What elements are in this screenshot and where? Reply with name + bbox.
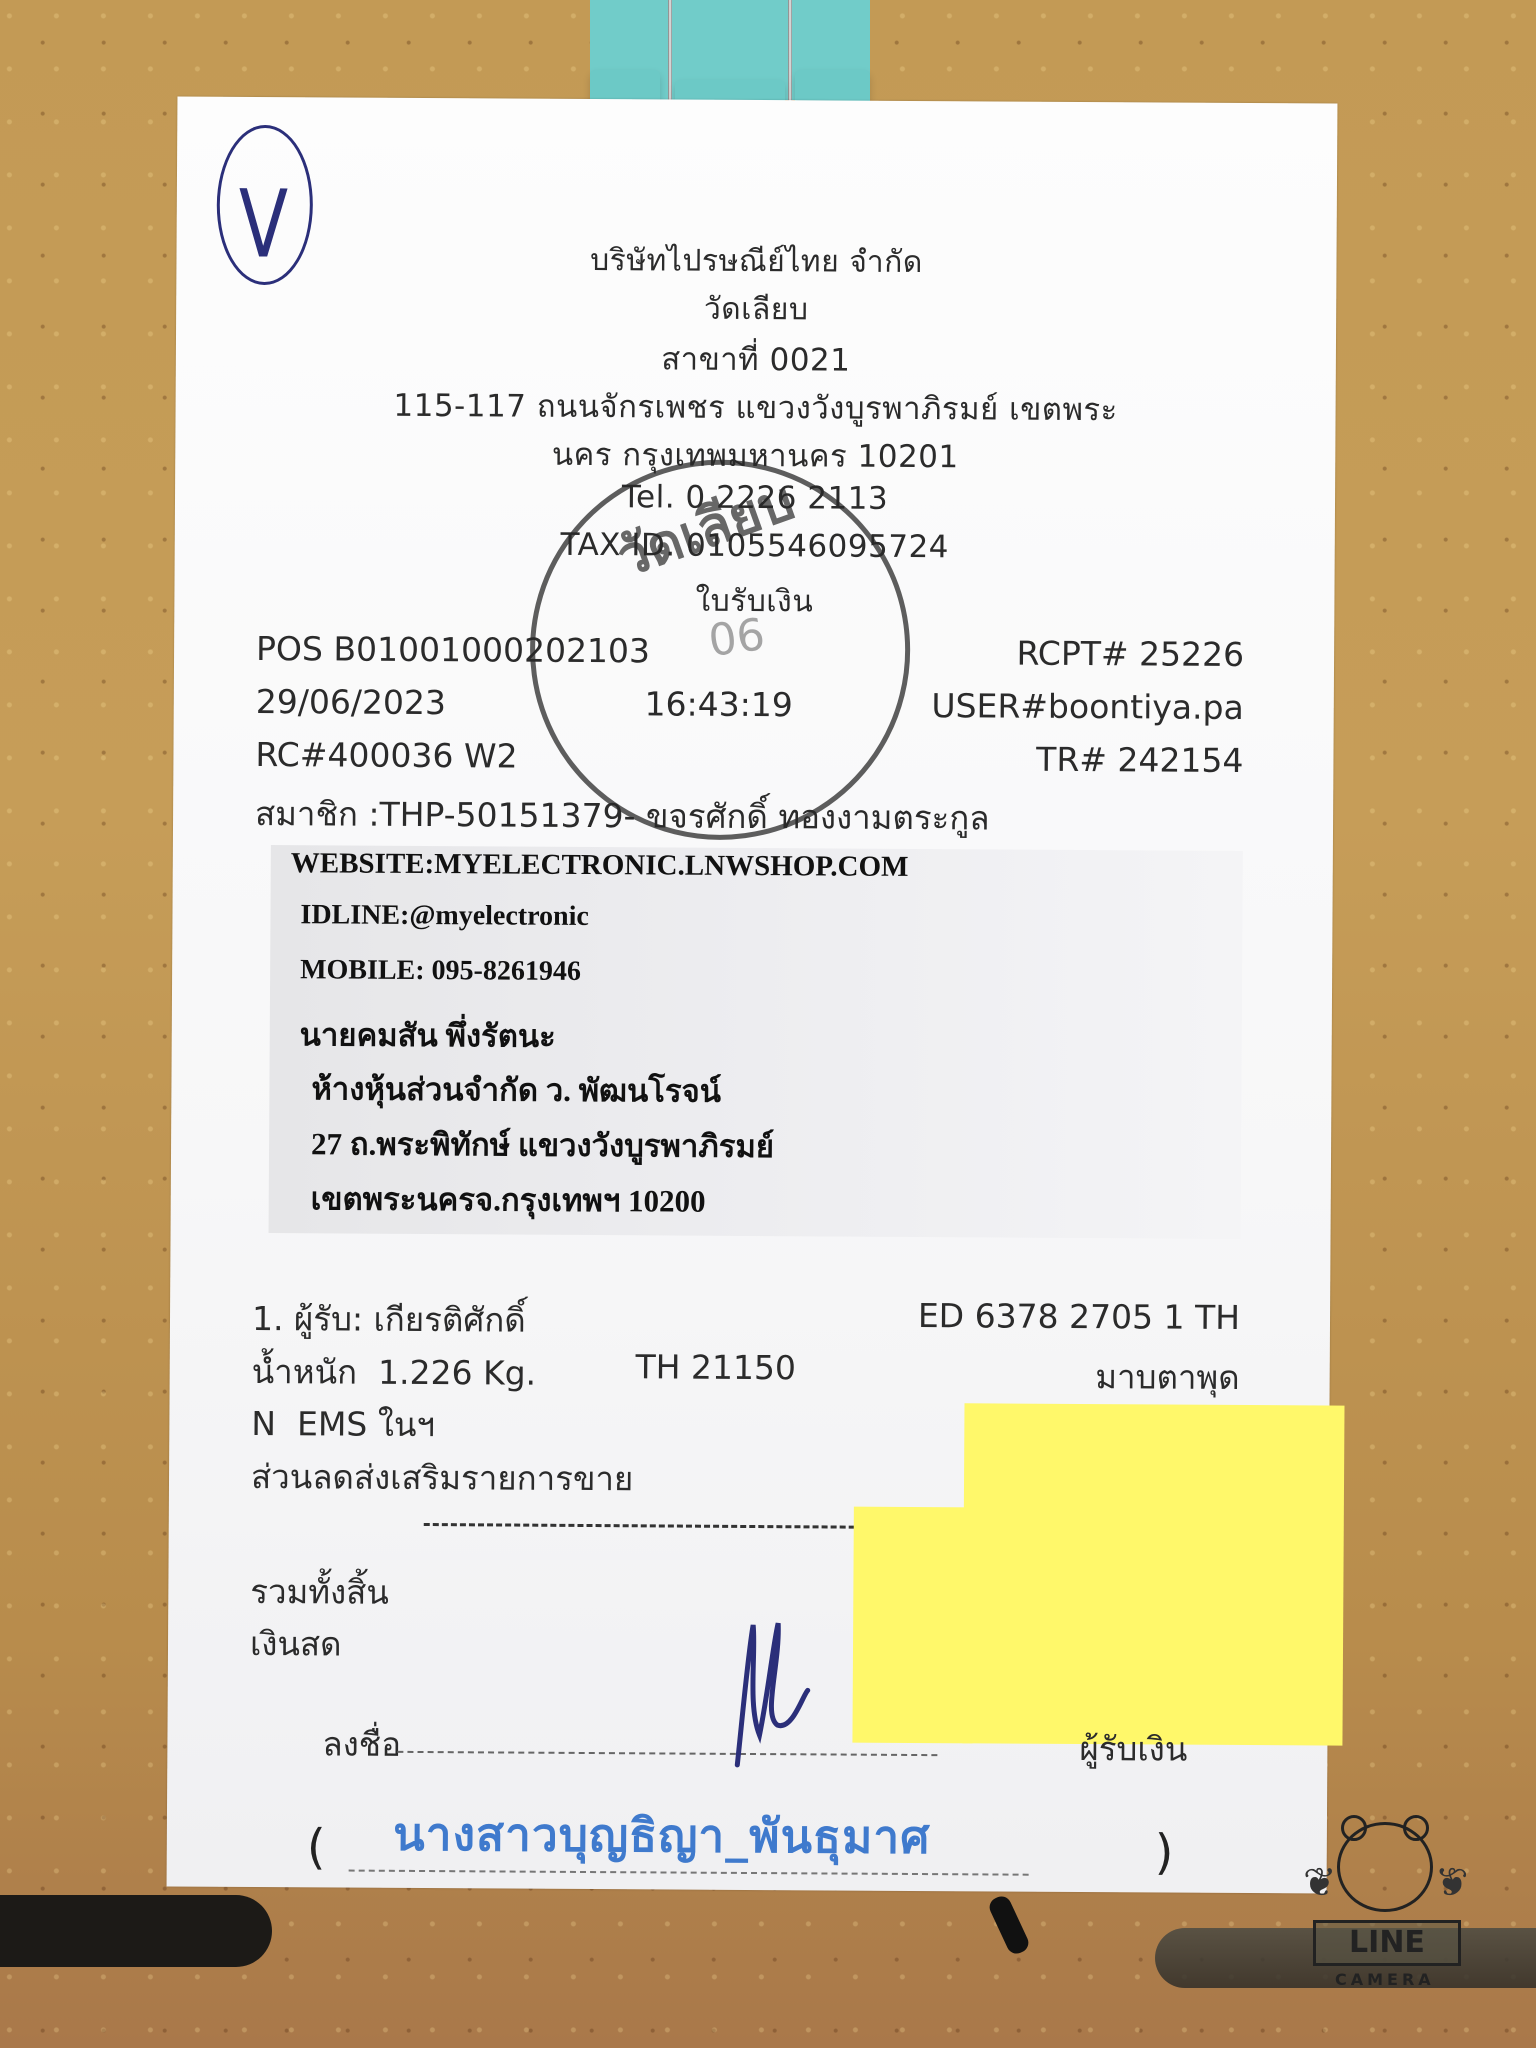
item-postcode: TH 21150 [635, 1347, 796, 1401]
close-parenthesis: ) [1155, 1824, 1174, 1880]
redaction-block [852, 1507, 973, 1744]
pen-left [0, 1895, 272, 1967]
handwritten-signature-icon [707, 1615, 828, 1776]
receipt-paper: V บริษัทไปรษณีย์ไทย จำกัด วัดเลียบ สาขาท… [167, 96, 1338, 1893]
total-label: รวมทั้งสิ้น [250, 1565, 389, 1619]
item-destination: มาบตาพุด [1095, 1350, 1240, 1404]
watermark-sub: CAMERA [1335, 1970, 1435, 1989]
redaction-block [962, 1403, 1344, 1745]
item-tracking-number: ED 6378 2705 1 TH [918, 1296, 1240, 1351]
item-weight: น้ำหนัก 1.226 Kg. [252, 1345, 537, 1400]
transaction-number: TR# 242154 [1036, 740, 1243, 780]
user-id: USER#boontiya.pa [931, 686, 1244, 727]
label-idline: IDLINE:@myelectronic [300, 899, 589, 933]
sign-label: ลงชื่อ [322, 1717, 401, 1770]
label-name: นายคมสัน พึ่งรัตนะ [300, 1009, 556, 1061]
item-row-recipient: 1. ผู้รับ: เกียรติศักดิ์ ED 6378 2705 1 … [252, 1292, 1240, 1351]
label-address-2: เขตพระนครจ.กรุงเทพฯ 10200 [311, 1173, 706, 1225]
receipt-date: 29/06/2023 [256, 682, 446, 722]
sender-label: WEBSITE:MYELECTRONIC.LNWSHOP.COM IDLINE:… [269, 845, 1243, 1239]
postmark-text: วัดเลียบ [605, 457, 806, 599]
laurel-icon: ❦ [1435, 1860, 1469, 1906]
watermark-brand: LINE [1313, 1920, 1461, 1966]
receipt-number: RCPT# 25226 [1016, 634, 1244, 674]
receiver-name-stamp: นางสาวบุญธิญา_พันธุมาศ [382, 1798, 942, 1874]
company-name: บริษัทไปรษณีย์ไทย จำกัด [176, 234, 1336, 288]
branch-name: วัดเลียบ [176, 282, 1336, 336]
cash-label: เงินสด [250, 1617, 342, 1671]
item-service: N EMS ในฯ [251, 1397, 435, 1451]
receiver-label: ผู้รับเงิน [1079, 1722, 1187, 1776]
rc-number: RC#400036 W2 [255, 735, 517, 776]
open-parenthesis: ( [307, 1819, 326, 1875]
item-row-weight: น้ำหนัก 1.226 Kg. TH 21150 มาบตาพุด [252, 1345, 1240, 1404]
total-separator [424, 1523, 864, 1529]
bear-face-icon [1337, 1822, 1433, 1912]
label-address-1: 27 ถ.พระพิทักษ์ แขวงวังบูรพาภิรมย์ [311, 1118, 774, 1171]
laurel-icon: ❦ [1303, 1860, 1337, 1906]
line-camera-watermark: ❦ ❦ LINE CAMERA [1295, 1810, 1475, 2000]
label-website: WEBSITE:MYELECTRONIC.LNWSHOP.COM [291, 847, 909, 884]
item-discount: ส่วนลดส่งเสริมรายการขาย [251, 1450, 634, 1505]
pen-tip [986, 1893, 1031, 1957]
binder-clip-wire [788, 0, 792, 110]
label-company: ห้างหุ้นส่วนจำกัด ว. พัฒนโรจน์ [311, 1063, 721, 1116]
binder-clip-wire [668, 0, 672, 110]
item-recipient: 1. ผู้รับ: เกียรติศักดิ์ [252, 1292, 526, 1347]
label-mobile: MOBILE: 095-8261946 [300, 954, 581, 988]
postmark-date: 06 [706, 609, 768, 667]
